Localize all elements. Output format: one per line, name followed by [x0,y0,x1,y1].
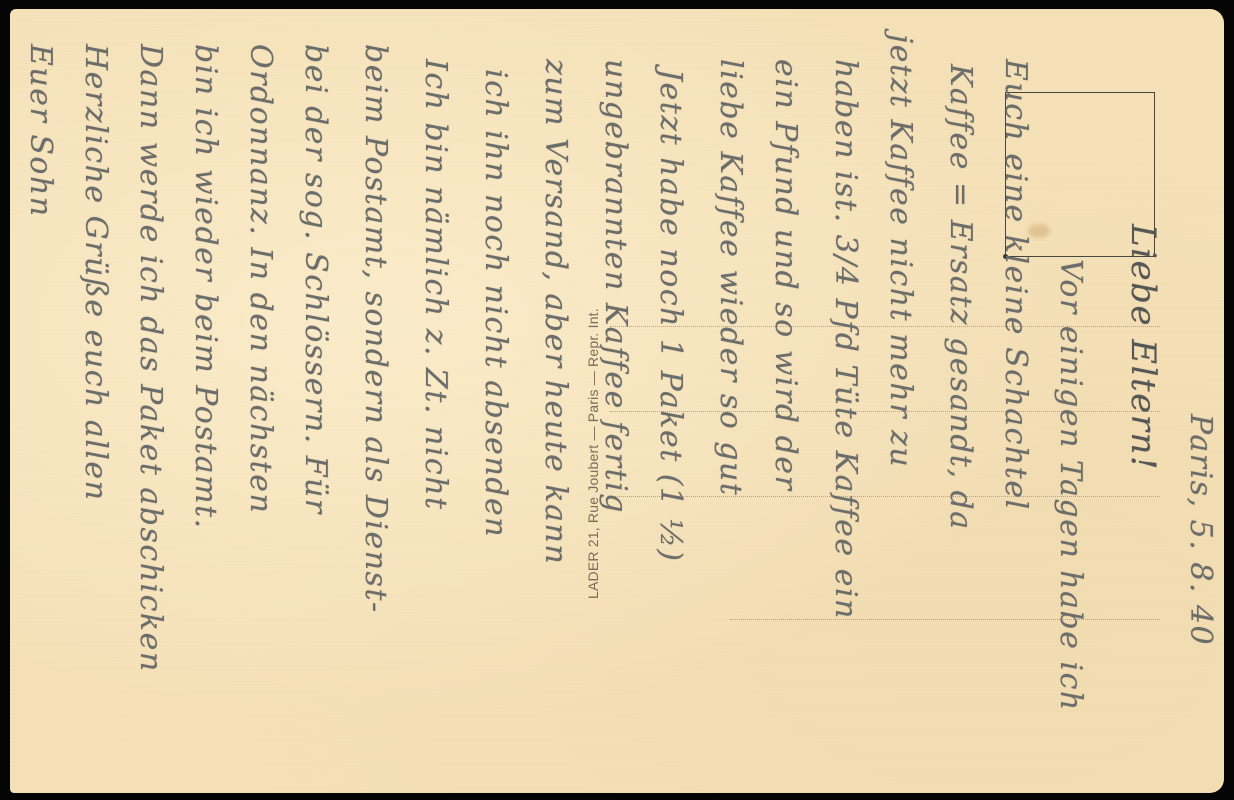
handwritten-line-3: Vor einigen Tagen habe ich [1055,259,1085,712]
postcard-back: LADER 21, Rue Joubert — Paris — Repr. In… [10,9,1224,793]
handwritten-line-6: jetzt Kaffee nicht mehr zu [885,34,915,468]
scanned-postcard: LADER 21, Rue Joubert — Paris — Repr. In… [0,0,1234,800]
handwritten-line-10: Jetzt habe noch 1 Paket (1 ½) [655,69,685,562]
handwritten-line-14: Ich bin nämlich z. Zt. nicht [420,59,450,511]
handwritten-line-21: Euer Sohn [25,44,55,218]
handwritten-line-16: bei der sog. Schlössern. Für [300,44,330,515]
handwritten-line-18: bin ich wieder beim Postamt. [190,44,220,530]
handwritten-line-20: Herzliche Grüße euch allen [80,44,110,502]
handwritten-line-9: liebe Kaffee wieder so gut [715,59,745,496]
address-line-4 [730,619,1160,620]
handwritten-line-5: Kaffee = Ersatz gesandt, da [945,64,975,531]
handwritten-greeting-line: Liebe Eltern! [1126,224,1160,471]
handwritten-line-17: Ordonnanz. In den nächsten [245,44,275,514]
handwritten-line-19: Dann werde ich das Paket abschicken [135,44,165,673]
handwritten-line-8: ein Pfund und so wird der [770,59,800,491]
handwritten-line-11: ungebrannten Kaffee fertig [600,59,630,514]
handwritten-line-13: ich ihn noch nicht absenden [480,69,510,538]
handwritten-line-4: Euch eine kleine Schachtel [1000,59,1030,511]
handwritten-line-12: zum Versand, aber heute kann [540,59,570,565]
handwritten-line-7: haben ist. 3/4 Pfd Tüte Kaffee ein [830,59,860,620]
handwritten-date-line: Paris, 5. 8. 40 [1185,414,1215,646]
handwritten-line-15: beim Postamt, sondern als Dienst- [360,44,390,614]
